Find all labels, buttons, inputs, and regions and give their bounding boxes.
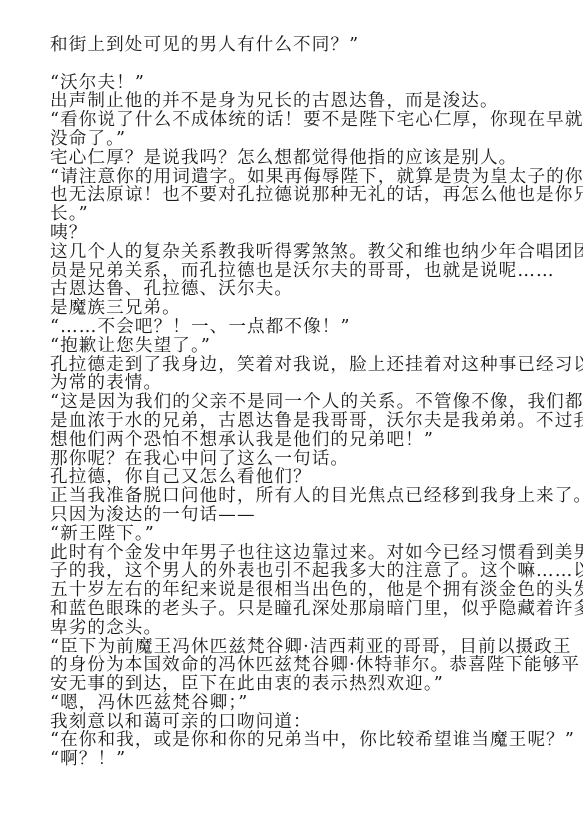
text-line: 长。” <box>50 205 530 224</box>
text-line: “请注意你的用词遣字。如果再侮辱陛下，就算是贵为皇太子的你 <box>50 168 530 187</box>
text-line: “啊？！” <box>50 750 530 769</box>
text-line: 宅心仁厚？是说我吗？怎么想都觉得他指的应该是别人。 <box>50 149 530 168</box>
text-line: 为常的表情。 <box>50 374 530 393</box>
text-line: “抱歉让您失望了。” <box>50 337 530 356</box>
text-line: 想他们两个恐怕不想承认我是他们的兄弟吧！” <box>50 431 530 450</box>
text-line: 是魔族三兄弟。 <box>50 299 530 318</box>
text-line: 员是兄弟关系，而孔拉德也是沃尔夫的哥哥，也就是说呢…… <box>50 262 530 281</box>
text-line: 安无事的到达，臣下在此由衷的表示热烈欢迎。” <box>50 675 530 694</box>
text-line: 古恩达鲁、孔拉德、沃尔夫。 <box>50 280 530 299</box>
text-line: 和蓝色眼珠的老头子。只是瞳孔深处那扇暗门里，似乎隐藏着许多 <box>50 600 530 619</box>
text-line: “新王陛下。” <box>50 525 530 544</box>
text-line: “……不会吧？！一、一点都不像！” <box>50 318 530 337</box>
text-line: 孔拉德走到了我身边，笑着对我说，脸上还挂着对这种事已经习以 <box>50 356 530 375</box>
text-line: 是血浓于水的兄弟，古恩达鲁是我哥哥，沃尔夫是我弟弟。不过我 <box>50 412 530 431</box>
text-line: 子的我，这个男人的外表也引不起我多大的注意了。这个嘛……以 <box>50 562 530 581</box>
text-line: 咦？ <box>50 224 530 243</box>
text-line: “这是因为我们的父亲不是同一个人的关系。不管像不像，我们都 <box>50 393 530 412</box>
text-line: “臣下为前魔王冯休匹兹梵谷卿·洁西莉亚的哥哥，目前以摄政王 <box>50 638 530 657</box>
text-line: “看你说了什么不成体统的话！要不是陛下宅心仁厚，你现在早就 <box>50 111 530 130</box>
text-line: 也无法原谅！也不要对孔拉德说那种无礼的话，再怎么他也是你兄 <box>50 186 530 205</box>
text-line: “嗯，冯休匹兹梵谷卿；” <box>50 694 530 713</box>
text-line: 那你呢？在我心中问了这么一句话。 <box>50 450 530 469</box>
text-line: 这几个人的复杂关系教我听得雾煞煞。教父和维也纳少年合唱团团 <box>50 243 530 262</box>
document-page: 和街上到处可见的男人有什么不同？” “沃尔夫！” 出声制止他的并不是身为兄长的古… <box>50 36 530 769</box>
text-line: 和街上到处可见的男人有什么不同？” <box>50 36 530 55</box>
text-line: 的身份为本国效命的冯休匹兹梵谷卿·休特菲尔。恭喜陛下能够平 <box>50 656 530 675</box>
text-line: 五十岁左右的年纪来说是很相当出色的，他是个拥有淡金色的头发 <box>50 581 530 600</box>
text-line: “沃尔夫！” <box>50 74 530 93</box>
text-line: 我刻意以和蔼可亲的口吻问道： <box>50 713 530 732</box>
text-line: 卑劣的念头。 <box>50 619 530 638</box>
text-line: 孔拉德，你自己又怎么看他们？ <box>50 468 530 487</box>
blank-line <box>50 55 530 74</box>
text-line: “在你和我，或是你和你的兄弟当中，你比较希望谁当魔王呢？” <box>50 731 530 750</box>
text-line: 此时有个金发中年男子也往这边靠过来。对如今已经习惯看到美男 <box>50 544 530 563</box>
text-line: 出声制止他的并不是身为兄长的古恩达鲁，而是浚达。 <box>50 92 530 111</box>
text-line: 正当我准备脱口问他时，所有人的目光焦点已经移到我身上来了。 <box>50 487 530 506</box>
text-line: 没命了。” <box>50 130 530 149</box>
text-line: 只因为浚达的一句话—— <box>50 506 530 525</box>
